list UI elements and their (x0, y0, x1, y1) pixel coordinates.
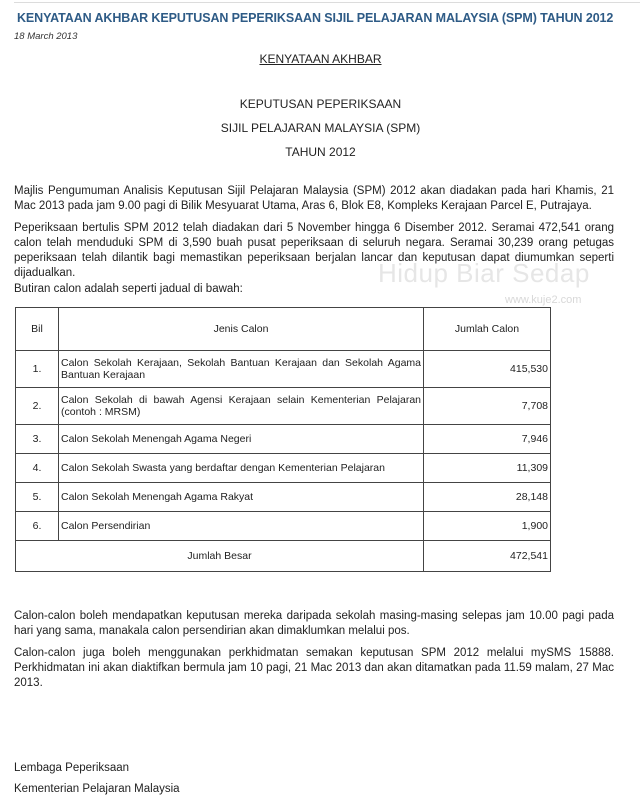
cell-jumlah: 415,530 (424, 351, 551, 388)
table-row: 5. Calon Sekolah Menengah Agama Rakyat 2… (16, 483, 551, 512)
press-release-heading: KENYATAAN AKHBAR (0, 52, 641, 66)
subheading-line-3: TAHUN 2012 (0, 145, 641, 159)
header-jumlah-calon: Jumlah Calon (424, 308, 551, 351)
paragraph-sms-service: Calon-calon juga boleh menggunakan perkh… (14, 646, 614, 691)
cell-jumlah: 11,309 (424, 454, 551, 483)
article-title[interactable]: KENYATAAN AKHBAR KEPUTUSAN PEPERIKSAAN S… (17, 11, 613, 25)
header-jenis-calon: Jenis Calon (59, 308, 424, 351)
cell-jumlah: 1,900 (424, 512, 551, 541)
paragraph-announcement: Majlis Pengumuman Analisis Keputusan Sij… (14, 184, 614, 214)
total-value: 472,541 (424, 541, 551, 572)
cell-bil: 1. (16, 351, 59, 388)
top-divider (14, 2, 640, 3)
paragraph-results-collection: Calon-calon boleh mendapatkan keputusan … (14, 609, 614, 639)
article-date: 18 March 2013 (14, 31, 77, 42)
table-header-row: Bil Jenis Calon Jumlah Calon (16, 308, 551, 351)
subheading-line-2: SIJIL PELAJARAN MALAYSIA (SPM) (0, 121, 641, 135)
table-row: 1. Calon Sekolah Kerajaan, Sekolah Bantu… (16, 351, 551, 388)
cell-jenis: Calon Sekolah di bawah Agensi Kerajaan s… (59, 388, 424, 425)
cell-jumlah: 28,148 (424, 483, 551, 512)
cell-bil: 2. (16, 388, 59, 425)
cell-bil: 5. (16, 483, 59, 512)
candidate-table: Bil Jenis Calon Jumlah Calon 1. Calon Se… (15, 307, 551, 572)
cell-jumlah: 7,946 (424, 425, 551, 454)
cell-bil: 6. (16, 512, 59, 541)
cell-jenis: Calon Persendirian (59, 512, 424, 541)
cell-jenis: Calon Sekolah Menengah Agama Rakyat (59, 483, 424, 512)
subheading-line-1: KEPUTUSAN PEPERIKSAAN (0, 97, 641, 111)
table-row: 2. Calon Sekolah di bawah Agensi Kerajaa… (16, 388, 551, 425)
cell-jenis: Calon Sekolah Kerajaan, Sekolah Bantuan … (59, 351, 424, 388)
table-row: 4. Calon Sekolah Swasta yang berdaftar d… (16, 454, 551, 483)
paragraph-table-intro: Butiran calon adalah seperti jadual di b… (14, 282, 614, 297)
table-total-row: Jumlah Besar 472,541 (16, 541, 551, 572)
cell-jumlah: 7,708 (424, 388, 551, 425)
signature-line-1: Lembaga Peperiksaan (14, 762, 129, 774)
table-row: 6. Calon Persendirian 1,900 (16, 512, 551, 541)
header-bil: Bil (16, 308, 59, 351)
cell-jenis: Calon Sekolah Menengah Agama Negeri (59, 425, 424, 454)
cell-bil: 3. (16, 425, 59, 454)
cell-jenis: Calon Sekolah Swasta yang berdaftar deng… (59, 454, 424, 483)
signature-line-2: Kementerian Pelajaran Malaysia (14, 783, 180, 795)
cell-bil: 4. (16, 454, 59, 483)
total-label: Jumlah Besar (16, 541, 424, 572)
table-row: 3. Calon Sekolah Menengah Agama Negeri 7… (16, 425, 551, 454)
